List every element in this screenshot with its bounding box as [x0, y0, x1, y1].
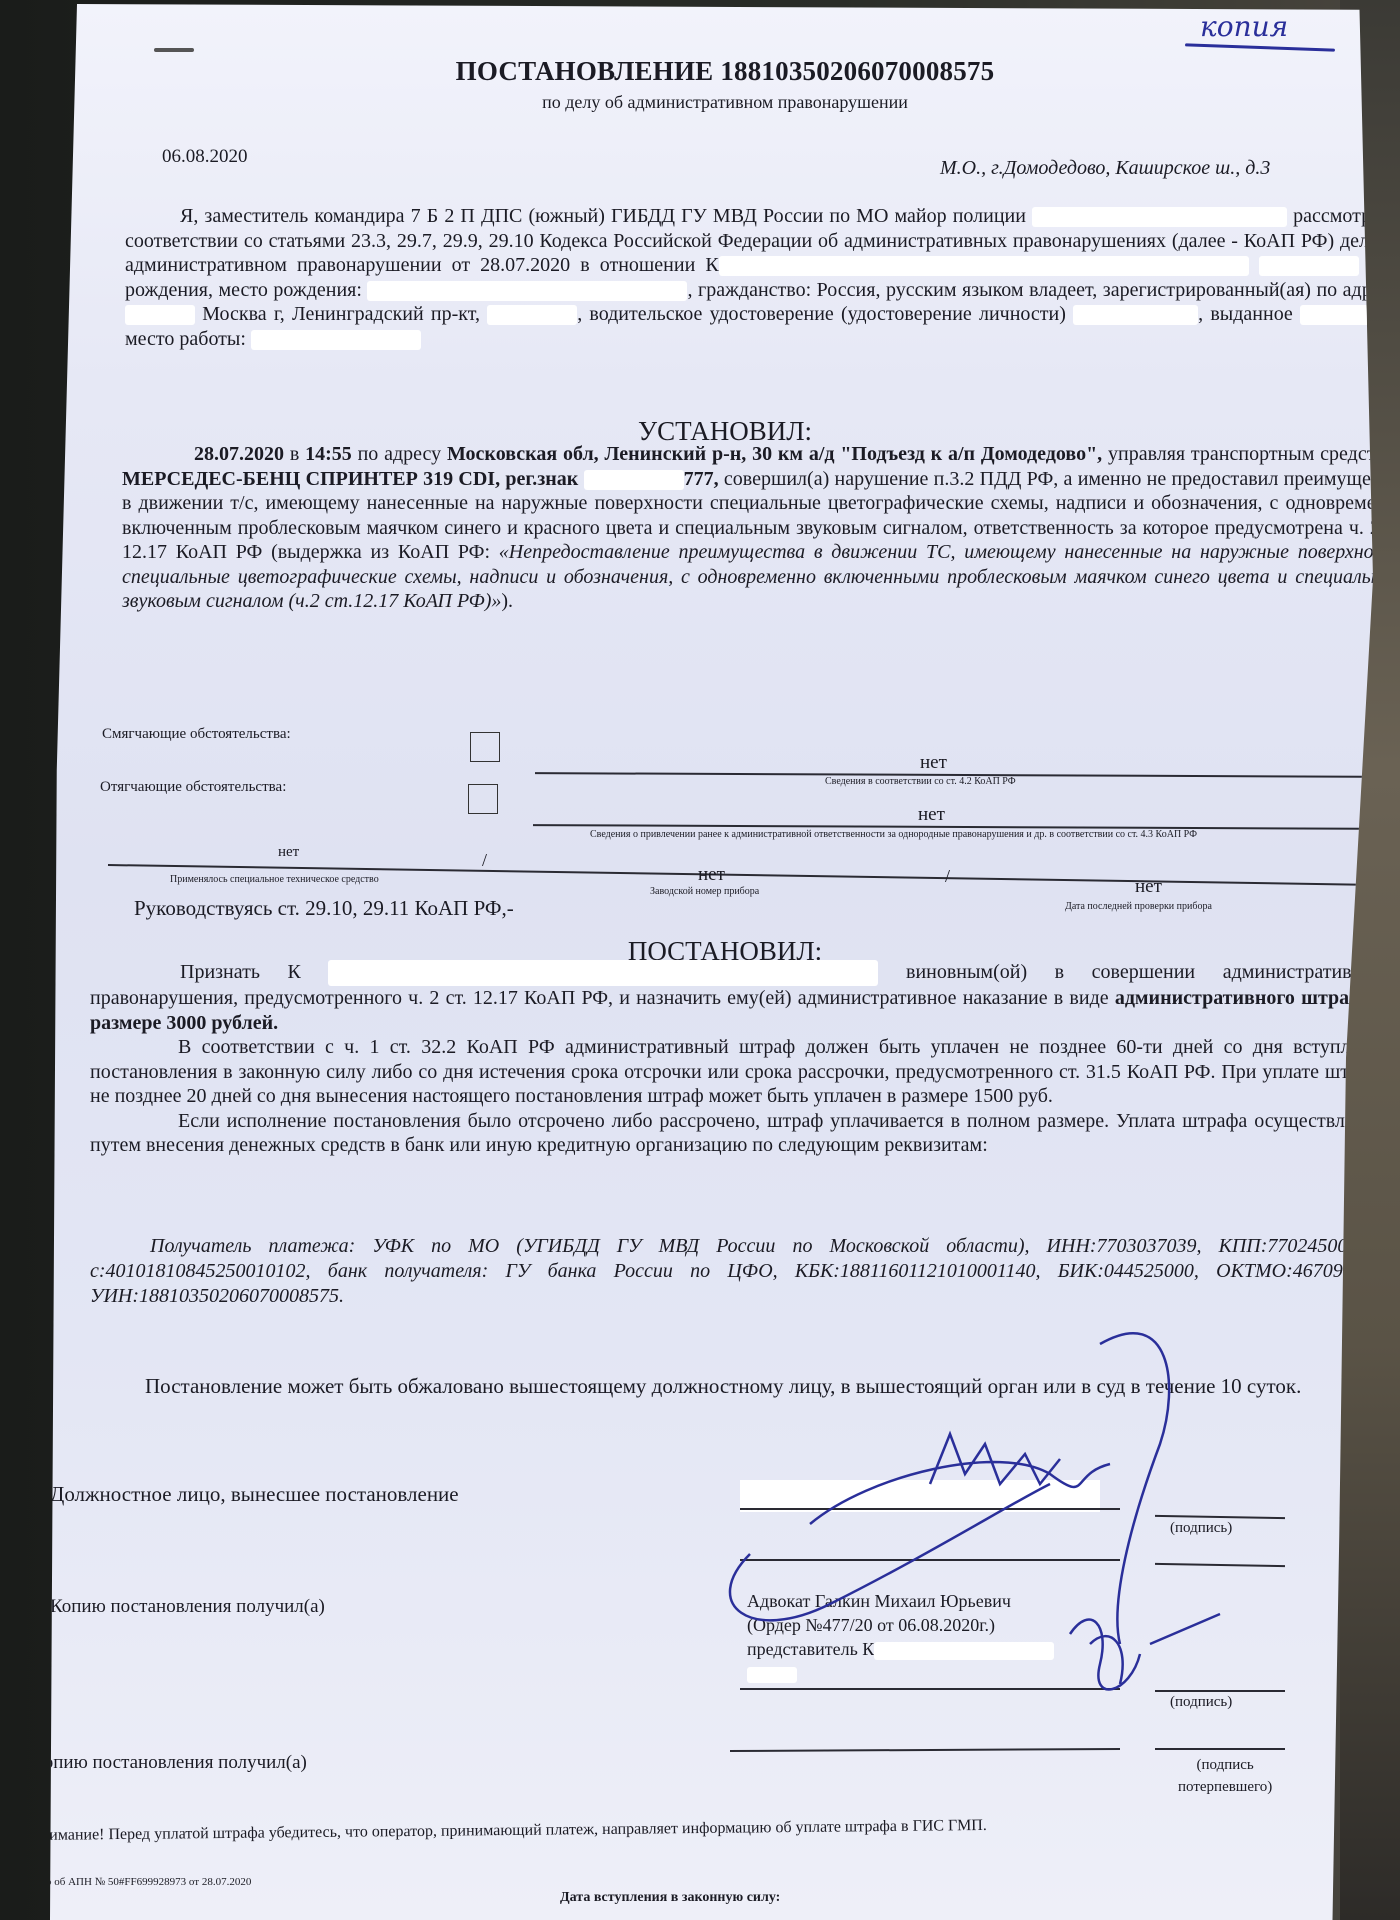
lawyer-represents: представитель К: [747, 1637, 1054, 1661]
check-date-caption: Дата последней проверки прибора: [1065, 901, 1212, 912]
lawyer-name: Адвокат Галкин Михаил Юрьевич: [747, 1589, 1054, 1613]
deferred-text: Если исполнение постановления было отсро…: [90, 1110, 1390, 1157]
effective-date-label: Дата вступления в законную силу:: [560, 1890, 780, 1906]
aggravating-value: нет: [918, 804, 945, 826]
official-signature-line: [1155, 1515, 1285, 1519]
driving-text: управляя транспортным средством: [1108, 443, 1400, 465]
mitigating-checkbox[interactable]: [470, 732, 500, 762]
appeal-text: Постановление может быть обжаловано выше…: [75, 1372, 1385, 1401]
recognize-text: Признать К: [180, 961, 301, 983]
official-name-line: [740, 1508, 1120, 1510]
tech-means-caption: Применялось специальное техническое сред…: [170, 874, 379, 885]
redacted-birth-place: [367, 281, 687, 301]
vehicle-model: МЕРСЕДЕС-БЕНЦ СПРИНТЕР 319 CDI, рег.знак: [122, 468, 578, 490]
redacted-officer-name: [1032, 207, 1287, 227]
established-paragraph: 28.07.2020 в 14:55 по адресу Московская …: [122, 442, 1400, 614]
document-page: копия ПОСТАНОВЛЕНИЕ 18810350206070008575…: [50, 4, 1400, 1920]
redacted-represented-name: [874, 1642, 1054, 1660]
lawyer-signature-line: [1155, 1690, 1285, 1692]
serial-value: нет: [698, 864, 725, 886]
copy-received-label: Копию постановления получил(а): [50, 1596, 325, 1618]
mitigating-label: Смягчающие обстоятельства:: [102, 726, 291, 743]
official-line-3: [1155, 1563, 1285, 1567]
aggravating-checkbox[interactable]: [468, 784, 498, 814]
document-place: М.О., г.Домодедово, Каширское ш., д.3: [940, 157, 1270, 180]
intro-paragraph: Я, заместитель командира 7 Б 2 П ДПС (юж…: [125, 204, 1400, 351]
incident-location: Московская обл, Ленинский р-н, 30 км а/д…: [447, 443, 1102, 465]
lawyer-block: Адвокат Галкин Михаил Юрьевич (Ордер №47…: [747, 1589, 1054, 1685]
at-word: в: [290, 443, 299, 465]
redacted-person-name: [719, 256, 1249, 276]
handwritten-underline: [1185, 43, 1335, 51]
intro-issued: , выданное: [1198, 303, 1293, 325]
staple-mark: [154, 48, 194, 52]
copy-received-label-2: Копию постановления получил(а): [32, 1752, 307, 1774]
redacted-license: [1073, 305, 1198, 325]
lawyer-signature-icon: [1070, 1614, 1220, 1689]
document-subtitle: по делу об административном правонарушен…: [50, 92, 1400, 113]
document-title: ПОСТАНОВЛЕНИЕ 18810350206070008575: [50, 56, 1400, 87]
serial-caption: Заводской номер прибора: [650, 886, 759, 897]
mitigating-value: нет: [920, 752, 947, 774]
redacted-house: [487, 305, 577, 325]
plate-suffix: 777,: [684, 468, 719, 490]
resolved-paragraph: Признать К виновным(ой) в совершении адм…: [90, 960, 1390, 1158]
official-line-2: [740, 1559, 1120, 1561]
guided-by: Руководствуясь ст. 29.10, 29.11 КоАП РФ,…: [134, 896, 514, 921]
incident-time: 14:55: [305, 443, 352, 465]
redacted-birth-year: [1259, 256, 1359, 276]
case-reference: Дело об АПН № 50#FF699928973 от 28.07.20…: [28, 1876, 251, 1888]
redacted-guilty-name: [328, 960, 878, 986]
redacted-work: [251, 330, 421, 350]
check-date-value: нет: [1135, 876, 1162, 898]
official-label: Должностное лицо, вынесшее постановление: [50, 1482, 459, 1507]
mitigating-caption: Сведения в соответствии со ст. 4.2 КоАП …: [825, 776, 1016, 787]
intro-citizenship: , гражданство: Россия, русским языком вл…: [687, 279, 1400, 301]
intro-address: Москва г, Ленинградский пр-кт,: [202, 303, 480, 325]
separator-1: /: [482, 850, 487, 871]
signature-caption-2: (подпись): [1170, 1694, 1232, 1711]
intro-line1: Я, заместитель командира 7 Б 2 П ДПС (юж…: [180, 205, 1026, 227]
redacted-plate: [584, 470, 684, 490]
copy-received-line: [740, 1688, 1120, 1690]
payment-recipient: Получатель платежа: УФК по МО (УГИБДД ГУ…: [90, 1235, 1395, 1307]
copy-received-line-2: [730, 1748, 1120, 1752]
victim-signature-line: [1155, 1748, 1285, 1750]
tech-means-value: нет: [278, 844, 299, 861]
redacted-index: [125, 305, 195, 325]
payment-details: Получатель платежа: УФК по МО (УГИБДД ГУ…: [90, 1234, 1395, 1309]
footer-warning: Внимание! Перед уплатой штрафа убедитесь…: [30, 1817, 987, 1845]
lawyer-order: (Ордер №477/20 от 06.08.2020г.): [747, 1613, 1054, 1637]
appeal-content: Постановление может быть обжаловано выше…: [145, 1374, 1301, 1398]
redacted-represented-name-2: [747, 1667, 797, 1683]
separator-2: /: [945, 866, 950, 887]
by-address: по адресу: [358, 443, 442, 465]
quote-end: ).: [501, 590, 513, 612]
payment-terms: В соответствии с ч. 1 ст. 32.2 КоАП РФ а…: [90, 1036, 1390, 1107]
signature-caption: (подпись): [1170, 1520, 1232, 1537]
victim-caption: (подпись потерпевшего): [1178, 1754, 1272, 1798]
aggravating-caption: Сведения о привлечении ранее к администр…: [590, 829, 1197, 840]
document-date: 06.08.2020: [162, 146, 248, 168]
intro-license: , водительское удостоверение (удостовере…: [577, 303, 1066, 325]
aggravating-label: Отягчающие обстоятельства:: [100, 779, 286, 796]
incident-date: 28.07.2020: [194, 443, 284, 465]
handwritten-copy-mark: копия: [1200, 10, 1288, 43]
